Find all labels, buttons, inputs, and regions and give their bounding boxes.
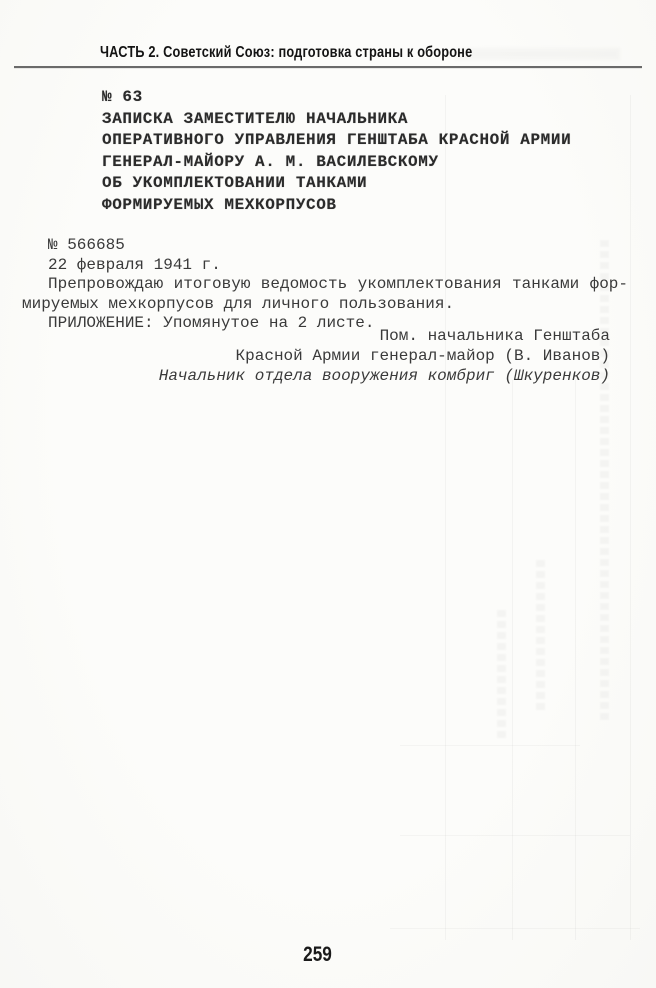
document-title-line: ФОРМИРУЕМЫХ МЕХКОРПУСОВ: [102, 195, 571, 217]
ref-number: № 566685: [22, 236, 628, 256]
body-line: Препровождаю итоговую ведомость укомплек…: [22, 275, 628, 295]
page-number: 259: [0, 943, 656, 967]
signature-block: Пом. начальника Генштаба Красной Армии г…: [159, 327, 610, 386]
header-rule: [14, 66, 642, 68]
bleed-table-line: [445, 95, 446, 940]
body-line: мируемых мехкорпусов для личного пользов…: [22, 295, 628, 315]
document-number: № 63: [102, 87, 571, 109]
book-page: ЧАСТЬ 2. Советский Союз: подготовка стра…: [0, 0, 656, 988]
bleed-table-line: [390, 928, 640, 929]
document-body-block: № 566685 22 февраля 1941 г. Препровождаю…: [22, 236, 628, 334]
bleed-table-line: [512, 380, 513, 940]
bleed-table-line: [630, 95, 631, 940]
bleed-text-column: [536, 560, 545, 710]
bleed-table-line: [400, 835, 630, 836]
bleed-text-column: [497, 610, 506, 740]
signature-line: Пом. начальника Генштаба: [159, 327, 610, 347]
bleed-table-line: [400, 745, 580, 746]
signature-line: Красной Армии генерал-майор (В. Иванов): [159, 347, 610, 367]
document-title-block: № 63 ЗАПИСКА ЗАМЕСТИТЕЛЮ НАЧАЛЬНИКА ОПЕР…: [102, 87, 571, 216]
doc-date: 22 февраля 1941 г.: [22, 256, 628, 276]
page-number-text: 259: [304, 943, 333, 967]
running-header-text: ЧАСТЬ 2. Советский Союз: подготовка стра…: [100, 44, 472, 62]
document-title-line: ГЕНЕРАЛ-МАЙОРУ А. М. ВАСИЛЕВСКОМУ: [102, 152, 571, 174]
document-title-line: ОБ УКОМПЛЕКТОВАНИИ ТАНКАМИ: [102, 173, 571, 195]
bleed-table-line: [575, 380, 576, 940]
signature-line-italic: Начальник отдела вооружения комбриг (Шку…: [159, 367, 610, 387]
document-title-line: ОПЕРАТИВНОГО УПРАВЛЕНИЯ ГЕНШТАБА КРАСНОЙ…: [102, 130, 571, 152]
running-header: ЧАСТЬ 2. Советский Союз: подготовка стра…: [100, 44, 565, 62]
document-title-line: ЗАПИСКА ЗАМЕСТИТЕЛЮ НАЧАЛЬНИКА: [102, 109, 571, 131]
